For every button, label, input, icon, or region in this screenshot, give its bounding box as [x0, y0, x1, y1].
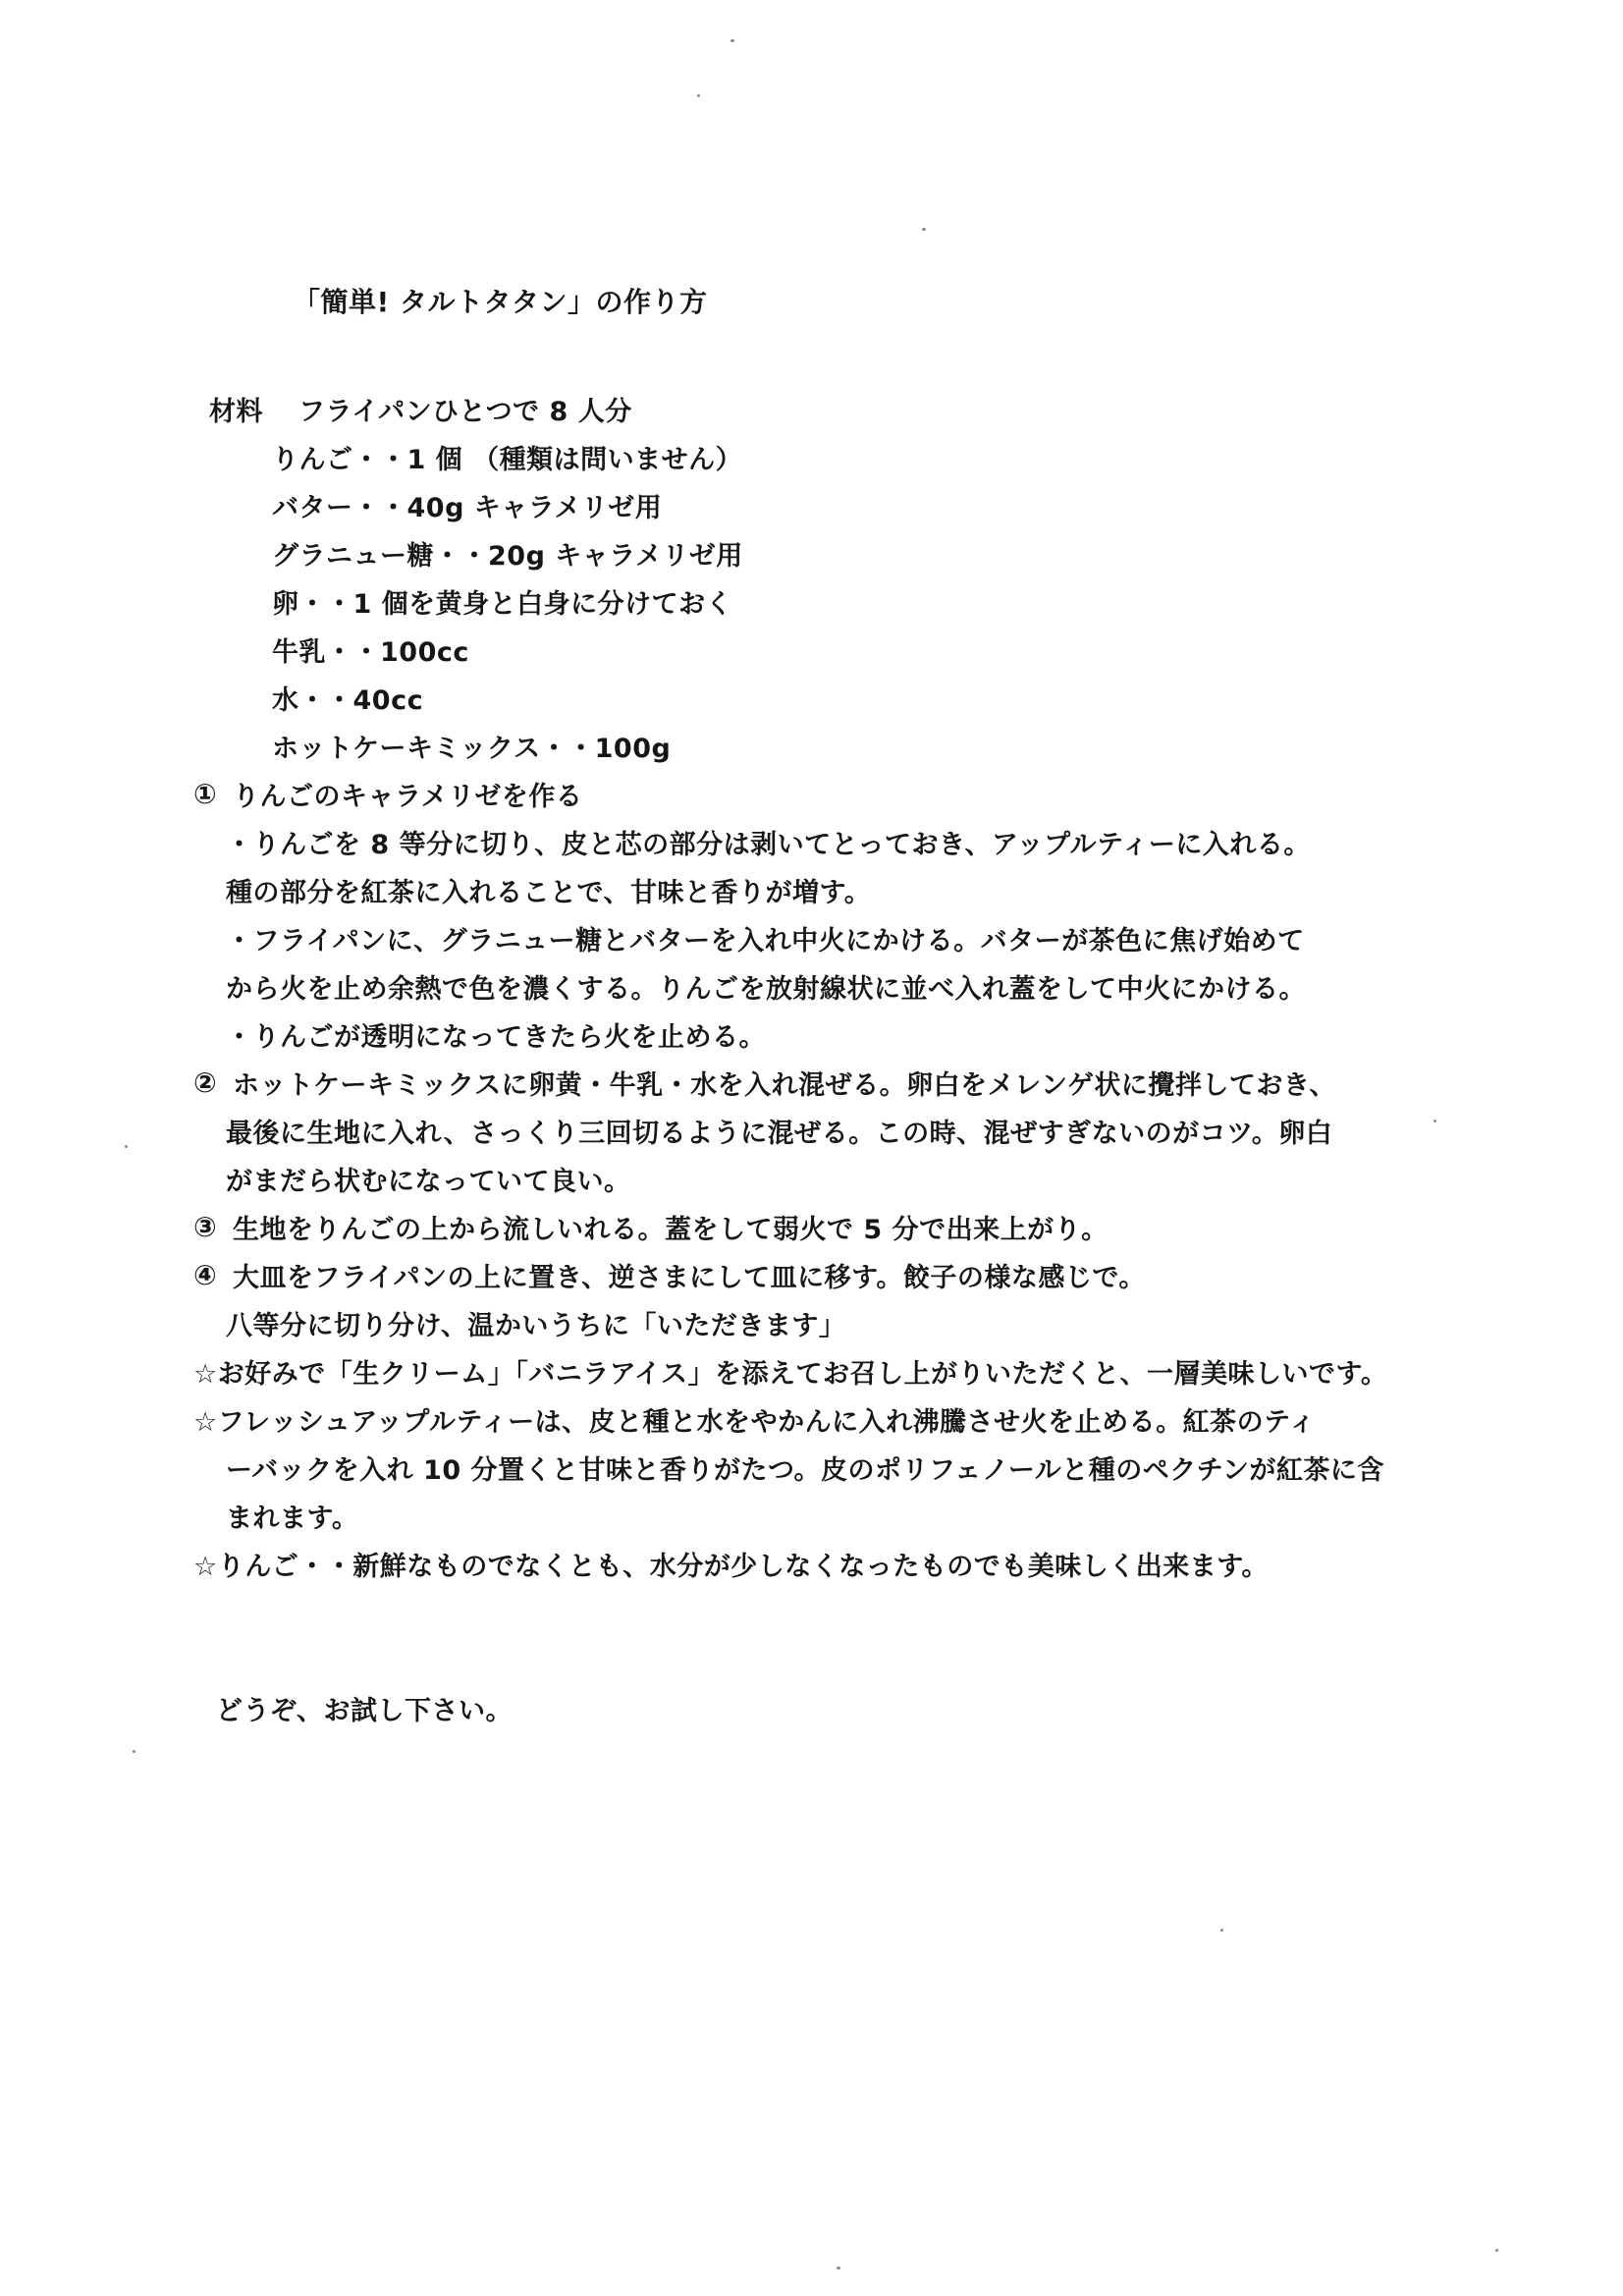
scan-speck [1495, 2249, 1498, 2252]
note-apple-tea-cont: ーバックを入れ 10 分置くと甘味と香りがたつ。皮のポリフェノールと種のペクチン… [226, 1444, 1623, 1492]
scan-speck [1434, 1120, 1436, 1122]
ingredient-milk: 牛乳・・100cc [272, 626, 1623, 674]
step-1-detail: ・フライパンに、グラニュー糖とバターを入れ中火にかける。バターが茶色に焦げ始めて [226, 914, 1623, 962]
step-1-text: りんごのキャラメリゼを作る [233, 775, 582, 813]
step-2-detail: 最後に生地に入れ、さっくり三回切るように混ぜる。この時、混ぜすぎないのがコツ。卵… [226, 1107, 1623, 1155]
scan-speck [125, 1145, 128, 1148]
step-4: ④ 大皿をフライパンの上に置き、逆さまにして皿に移す。餃子の様な感じで。 [193, 1251, 1623, 1299]
scan-speck [730, 39, 734, 42]
ingredient-butter: バター・・40g キャラメリゼ用 [272, 481, 1623, 529]
note-serving-suggestion: ☆お好みで「生クリーム」「バニラアイス」を添えてお召し上がりいただくと、一層美味… [193, 1347, 1623, 1395]
ingredient-sugar: グラニュー糖・・20g キャラメリゼ用 [272, 529, 1623, 577]
recipe-title: 「簡単! タルトタタン」の作り方 [293, 276, 1623, 324]
recipe-content: 「簡単! タルトタタン」の作り方 材料 フライパンひとつで 8 人分 りんご・・… [0, 276, 1623, 1732]
materials-header: 材料 フライパンひとつで 8 人分 [209, 385, 1623, 433]
step-3-text: 生地をりんごの上から流しいれる。蓋をして弱火で 5 分で出来上がり。 [233, 1208, 1109, 1246]
step-2: ② ホットケーキミックスに卵黄・牛乳・水を入れ混ぜる。卵白をメレンゲ状に攪拌して… [193, 1059, 1623, 1107]
step-1-detail: 種の部分を紅茶に入れることで、甘味と香りが増す。 [226, 866, 1623, 914]
scan-speck [1220, 1929, 1223, 1932]
ingredient-egg: 卵・・1 個を黄身と白身に分けておく [272, 577, 1623, 626]
note-apple-tea-cont: まれます。 [226, 1492, 1623, 1540]
step-3-number: ③ [193, 1211, 227, 1243]
materials-label: 材料 [209, 390, 263, 428]
ingredient-water: 水・・40cc [272, 674, 1623, 722]
step-1: ① りんごのキャラメリゼを作る [193, 770, 1623, 818]
materials-yield: フライパンひとつで 8 人分 [298, 390, 632, 428]
step-1-detail: ・りんごを 8 等分に切り、皮と芯の部分は剥いてとっておき、アップルティーに入れ… [226, 818, 1623, 866]
ingredient-apple: りんご・・1 個 （種類は問いません） [272, 433, 1623, 481]
step-4-text: 大皿をフライパンの上に置き、逆さまにして皿に移す。餃子の様な感じで。 [233, 1256, 1146, 1294]
step-1-detail: ・りんごが透明になってきたら火を止める。 [226, 1011, 1623, 1059]
step-4-detail: 八等分に切り分け、温かいうちに「いただきます」 [226, 1299, 1623, 1347]
step-2-number: ② [193, 1066, 227, 1099]
scan-speck [922, 228, 926, 231]
step-1-number: ① [193, 778, 227, 810]
step-1-detail: から火を止め余熱で色を濃くする。りんごを放射線状に並べ入れ蓋をして中火にかける。 [226, 962, 1623, 1011]
scan-speck [837, 2267, 840, 2269]
scan-speck [697, 94, 700, 97]
step-2-detail: がまだら状むになっていて良い。 [226, 1155, 1623, 1203]
note-apple-freshness: ☆りんご・・新鮮なものでなくとも、水分が少しなくなったものでも美味しく出来ます。 [193, 1540, 1623, 1588]
step-2-text: ホットケーキミックスに卵黄・牛乳・水を入れ混ぜる。卵白をメレンゲ状に攪拌しておき… [233, 1064, 1336, 1102]
closing-message: どうぞ、お試し下さい。 [216, 1684, 1623, 1732]
scanned-recipe-page: 「簡単! タルトタタン」の作り方 材料 フライパンひとつで 8 人分 りんご・・… [0, 0, 1623, 2296]
note-apple-tea: ☆フレッシュアップルティーは、皮と種と水をやかんに入れ沸騰させ火を止める。紅茶の… [193, 1395, 1623, 1444]
scan-speck [133, 1750, 135, 1753]
step-4-number: ④ [193, 1259, 227, 1291]
step-3: ③ 生地をりんごの上から流しいれる。蓋をして弱火で 5 分で出来上がり。 [193, 1203, 1623, 1251]
ingredient-pancake-mix: ホットケーキミックス・・100g [272, 722, 1623, 770]
